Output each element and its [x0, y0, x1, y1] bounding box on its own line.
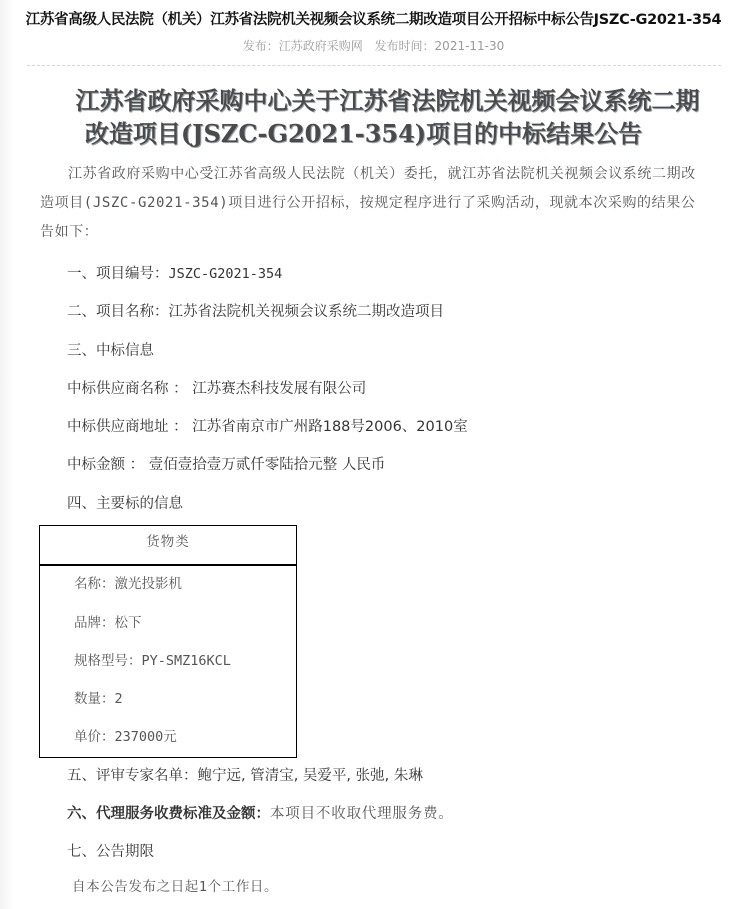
publish-time: 发布时间：2021-11-30 — [375, 39, 505, 53]
goods-row-model: 规格型号：PY-SMZ16KCL — [74, 649, 231, 669]
agency-fee-label: 六、代理服务收费标准及金额： — [67, 806, 270, 822]
goods-row-quantity: 数量：2 — [74, 687, 123, 707]
section-experts: 五、评审专家名单：鲍宁远, 管清宝, 吴爱平, 张弛, 朱琳 — [67, 764, 423, 785]
article-title-line-1: 江苏省政府采购中心关于江苏省法院机关视频会议系统二期 — [0, 84, 747, 117]
goods-table-header: 货物类 — [40, 526, 296, 566]
goods-table: 货物类 名称：激光投影机 品牌：松下 规格型号：PY-SMZ16KCL 数量：2… — [39, 525, 297, 758]
project-number-value: JSZC-G2021-354 — [169, 266, 283, 282]
publish-meta: 发布：江苏政府采购网 发布时间：2021-11-30 — [0, 37, 747, 54]
goods-row-brand: 品牌：松下 — [74, 611, 142, 631]
supplier-name: 中标供应商名称 ： 江苏赛杰科技发展有限公司 — [67, 377, 366, 398]
section-project-number: 一、项目编号：JSZC-G2021-354 — [67, 262, 282, 283]
award-amount: 中标金额 ： 壹佰壹拾壹万贰仟零陆拾元整 人民币 — [67, 453, 385, 474]
section-project-name: 二、项目名称：江苏省法院机关视频会议系统二期改造项目 — [67, 300, 444, 321]
section-main-items: 四、主要标的信息 — [67, 492, 183, 513]
publish-source: 发布：江苏政府采购网 — [243, 39, 363, 53]
supplier-address: 中标供应商地址 ： 江苏省南京市广州路188号2006、2010室 — [67, 415, 468, 436]
goods-row-unit-price: 单价：237000元 — [74, 725, 177, 745]
page-title: 江苏省高级人民法院（机关）江苏省法院机关视频会议系统二期改造项目公开招标中标公告… — [0, 8, 747, 29]
section-agency-fee: 六、代理服务收费标准及金额：本项目不收取代理服务费。 — [67, 802, 454, 823]
intro-paragraph: 江苏省政府采购中心受江苏省高级人民法院（机关）委托，就江苏省法院机关视频会议系统… — [40, 160, 700, 247]
project-number-label: 一、项目编号： — [67, 266, 169, 282]
article-title-line-2: 改造项目(JSZC-G2021-354)项目的中标结果公告 — [0, 117, 747, 150]
article-title: 江苏省政府采购中心关于江苏省法院机关视频会议系统二期 改造项目(JSZC-G20… — [0, 84, 747, 150]
dashed-divider — [27, 65, 721, 66]
notice-period-value: 自本公告发布之日起1个工作日。 — [72, 875, 278, 895]
section-notice-period: 七、公告期限 — [67, 840, 154, 861]
goods-row-name: 名称：激光投影机 — [74, 572, 182, 592]
section-award-info: 三、中标信息 — [67, 339, 154, 360]
agency-fee-value: 本项目不收取代理服务费。 — [270, 806, 454, 822]
